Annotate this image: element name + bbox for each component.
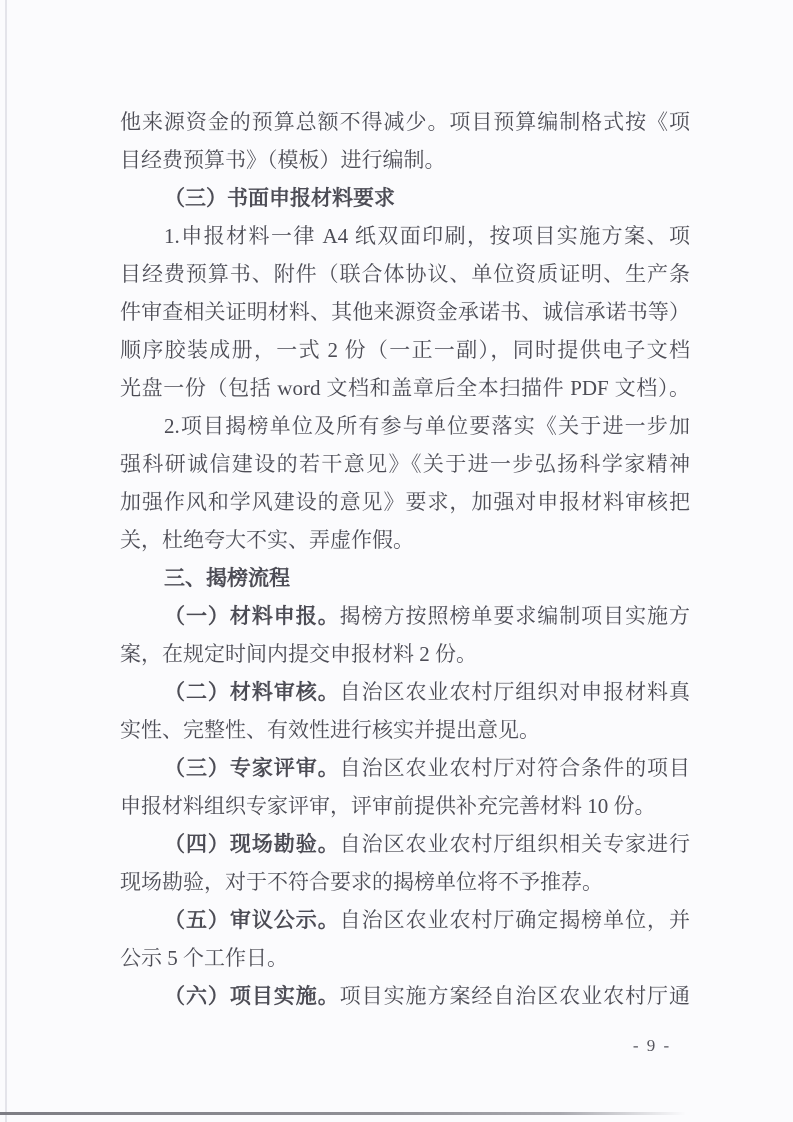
body-text: 2.项目揭榜单位及所有参与单位要落实《关于进一步加 (164, 414, 690, 438)
scan-edge-artifact (5, 0, 7, 1122)
body-text: 加强作风和学风建设的意见》要求，加强对申报材料审核把 (120, 490, 690, 514)
text-line: 2.项目揭榜单位及所有参与单位要落实《关于进一步加 (120, 407, 690, 445)
text-line: （二）材料审核。自治区农业农村厅组织对申报材料真 (120, 673, 690, 711)
body-text: 强科研诚信建设的若干意见》《关于进一步弘扬科学家精神 (120, 452, 690, 476)
bold-heading-text: （二）材料审核。 (164, 680, 340, 704)
bold-heading-text: （三）书面申报材料要求 (164, 186, 395, 210)
text-line: 公示 5 个工作日。 (120, 939, 690, 977)
body-text: 目经费预算书》（模板）进行编制。 (120, 148, 446, 172)
bold-heading-text: （三）专家评审。 (164, 756, 340, 780)
text-line: 件审查相关证明材料、其他来源资金承诺书、诚信承诺书等） (120, 293, 690, 331)
text-line: 加强作风和学风建设的意见》要求，加强对申报材料审核把 (120, 483, 690, 521)
bold-heading-text: 三、揭榜流程 (164, 566, 290, 590)
text-line: 1.申报材料一律 A4 纸双面印刷，按项目实施方案、项 (120, 217, 690, 255)
bold-heading-text: （六）项目实施。 (164, 984, 340, 1008)
text-line: （六）项目实施。项目实施方案经自治区农业农村厅通 (120, 977, 690, 1015)
bold-heading-text: （一）材料申报。 (164, 604, 340, 628)
body-text: 实性、完整性、有效性进行核实并提出意见。 (120, 718, 540, 742)
body-text: 自治区农业农村厅对符合条件的项目 (340, 756, 690, 780)
text-line: （三）专家评审。自治区农业农村厅对符合条件的项目 (120, 749, 690, 787)
document-body: 他来源资金的预算总额不得减少。项目预算编制格式按《项目经费预算书》（模板）进行编… (120, 103, 690, 1015)
bold-heading-text: （五）审议公示。 (164, 908, 340, 932)
text-line: （四）现场勘验。自治区农业农村厅组织相关专家进行 (120, 825, 690, 863)
scanned-document-page: 他来源资金的预算总额不得减少。项目预算编制格式按《项目经费预算书》（模板）进行编… (0, 0, 793, 1122)
body-text: 关，杜绝夸大不实、弄虚作假。 (120, 528, 414, 552)
body-text: 件审查相关证明材料、其他来源资金承诺书、诚信承诺书等） (120, 300, 690, 324)
body-text: 目经费预算书、附件（联合体协议、单位资质证明、生产条 (120, 262, 690, 286)
text-line: 目经费预算书、附件（联合体协议、单位资质证明、生产条 (120, 255, 690, 293)
text-line: 现场勘验，对于不符合要求的揭榜单位将不予推荐。 (120, 863, 690, 901)
body-text: 1.申报材料一律 A4 纸双面印刷，按项目实施方案、项 (164, 224, 690, 248)
body-text: 自治区农业农村厅确定揭榜单位，并 (340, 908, 690, 932)
body-text: 申报材料组织专家评审，评审前提供补充完善材料 10 份。 (120, 794, 656, 818)
text-line: （五）审议公示。自治区农业农村厅确定揭榜单位，并 (120, 901, 690, 939)
body-text: 他来源资金的预算总额不得减少。项目预算编制格式按《项 (120, 110, 690, 134)
body-text: 自治区农业农村厅组织对申报材料真 (340, 680, 690, 704)
text-line: （三）书面申报材料要求 (120, 179, 690, 217)
text-line: 关，杜绝夸大不实、弄虚作假。 (120, 521, 690, 559)
text-line: 目经费预算书》（模板）进行编制。 (120, 141, 690, 179)
body-text: 公示 5 个工作日。 (120, 946, 288, 970)
text-line: 案，在规定时间内提交申报材料 2 份。 (120, 635, 690, 673)
text-line: 申报材料组织专家评审，评审前提供补充完善材料 10 份。 (120, 787, 690, 825)
text-line: 他来源资金的预算总额不得减少。项目预算编制格式按《项 (120, 103, 690, 141)
text-line: 实性、完整性、有效性进行核实并提出意见。 (120, 711, 690, 749)
scan-shadow-line (0, 1112, 700, 1115)
text-line: 强科研诚信建设的若干意见》《关于进一步弘扬科学家精神 (120, 445, 690, 483)
body-text: 光盘一份（包括 word 文档和盖章后全本扫描件 PDF 文档）。 (120, 376, 690, 400)
body-text: 项目实施方案经自治区农业农村厅通 (340, 984, 690, 1008)
bold-heading-text: （四）现场勘验。 (164, 832, 340, 856)
body-text: 案，在规定时间内提交申报材料 2 份。 (120, 642, 477, 666)
body-text: 现场勘验，对于不符合要求的揭榜单位将不予推荐。 (120, 870, 603, 894)
body-text: 自治区农业农村厅组织相关专家进行 (340, 832, 690, 856)
text-line: 光盘一份（包括 word 文档和盖章后全本扫描件 PDF 文档）。 (120, 369, 690, 407)
text-line: 三、揭榜流程 (120, 559, 690, 597)
body-text: 顺序胶装成册，一式 2 份（一正一副），同时提供电子文档 (120, 338, 690, 362)
text-line: 顺序胶装成册，一式 2 份（一正一副），同时提供电子文档 (120, 331, 690, 369)
body-text: 揭榜方按照榜单要求编制项目实施方 (340, 604, 690, 628)
text-line: （一）材料申报。揭榜方按照榜单要求编制项目实施方 (120, 597, 690, 635)
page-number: - 9 - (608, 1034, 696, 1058)
